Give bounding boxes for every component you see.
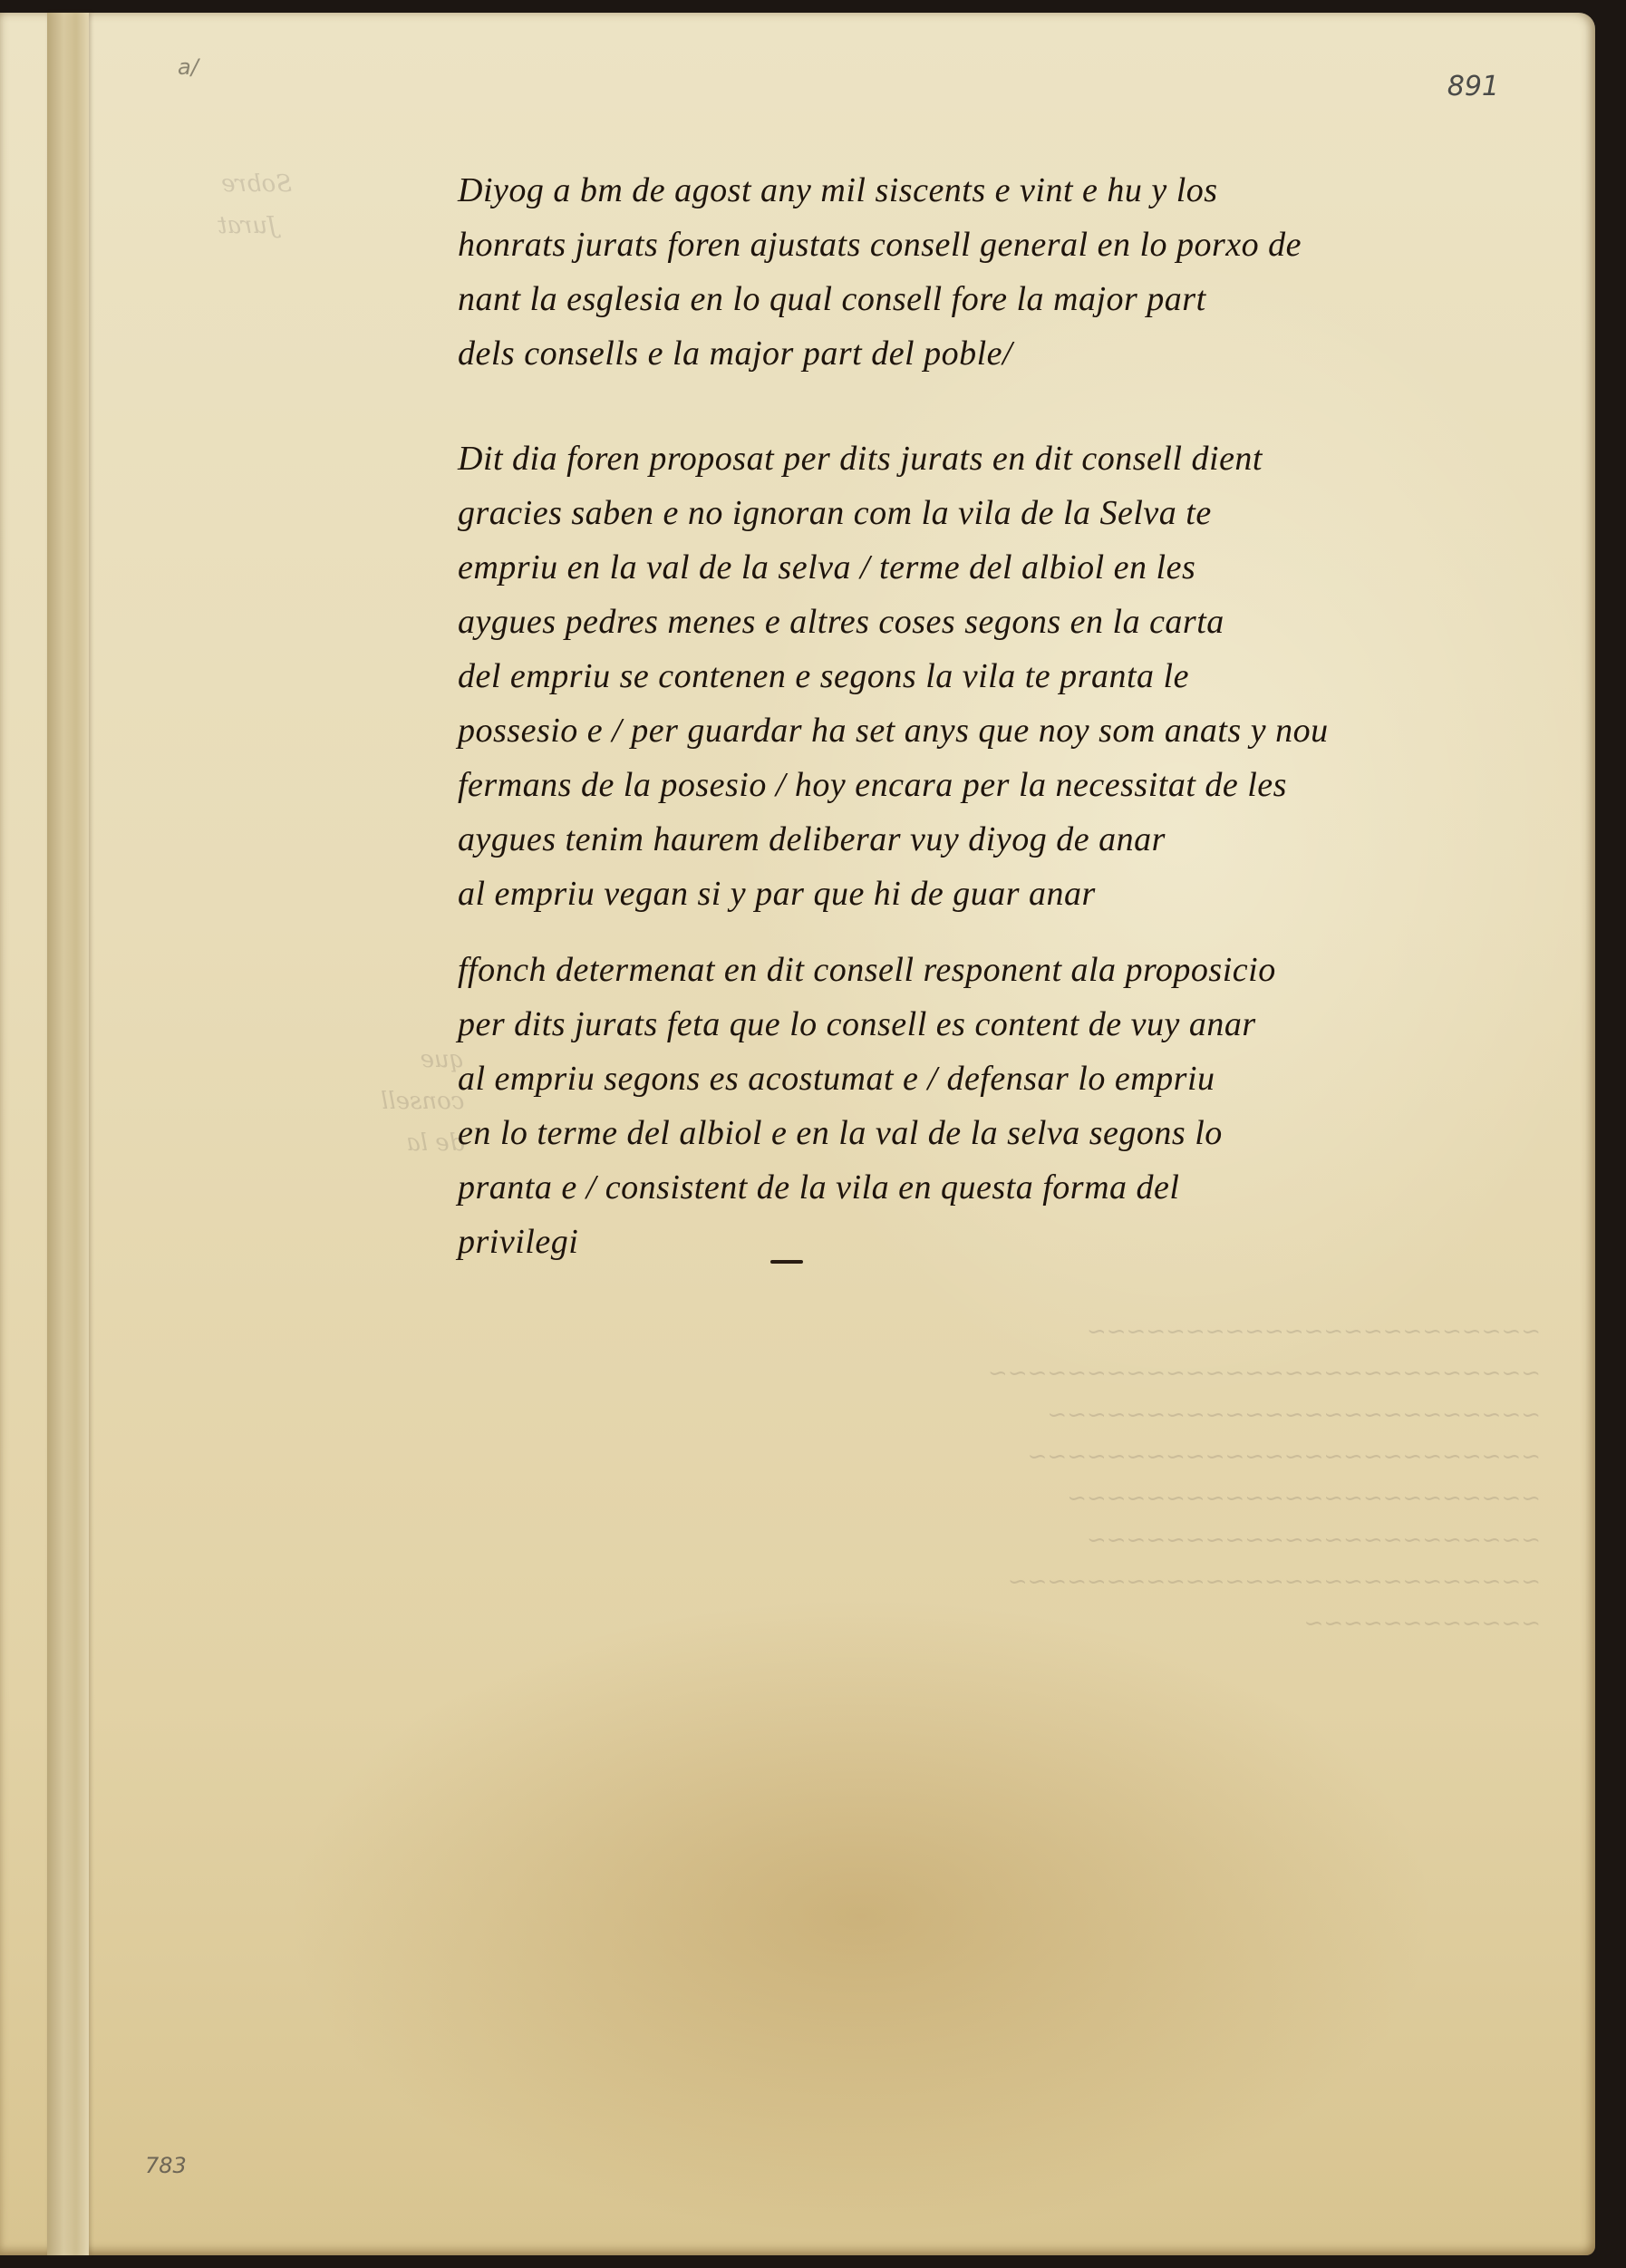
text-line: Diyog a bm de agost any mil siscents e v… <box>458 163 1473 218</box>
text-line: aygues pedres menes e altres coses segon… <box>458 595 1473 649</box>
text-line: al empriu segons es acostumat e / defens… <box>458 1052 1473 1106</box>
text-line: pranta e / consistent de la vila en ques… <box>458 1160 1473 1215</box>
text-line: en lo terme del albiol e en la val de la… <box>458 1106 1473 1160</box>
folio-mark-top-left: a/ <box>178 54 198 80</box>
paragraph-3: ffonch determenat en dit consell respone… <box>458 943 1473 1269</box>
text-line: gracies saben e no ignoran com la vila d… <box>458 486 1473 540</box>
closing-flourish <box>770 1260 803 1264</box>
text-line: dels consells e la major part del poble/ <box>458 326 1473 381</box>
folio-number-top: 891 <box>1447 71 1499 102</box>
paragraph-2: Dit dia foren proposat per dits jurats e… <box>458 431 1473 921</box>
text-line: privilegi <box>458 1215 1473 1269</box>
show-through-text: Sobre Jurat <box>218 163 292 247</box>
show-through-text: ~~~~~~~~~~~~~~~~~~~~~~~ ~~~~~~~~~~~~~~~~… <box>725 1269 1541 1644</box>
text-line: nant la esglesia en lo qual consell fore… <box>458 272 1473 326</box>
text-line: ffonch determenat en dit consell respone… <box>458 943 1473 997</box>
text-line: possesio e / per guardar ha set anys que… <box>458 703 1473 758</box>
text-line: honrats jurats foren ajustats consell ge… <box>458 218 1473 272</box>
text-line: fermans de la posesio / hoy encara per l… <box>458 758 1473 812</box>
text-line: del empriu se contenen e segons la vila … <box>458 649 1473 703</box>
text-line: aygues tenim haurem deliberar vuy diyog … <box>458 812 1473 867</box>
folio-number-bottom: 783 <box>145 2153 187 2178</box>
paragraph-1: Diyog a bm de agost any mil siscents e v… <box>458 163 1473 381</box>
binding-gutter <box>47 13 89 2255</box>
text-line: per dits jurats feta que lo consell es c… <box>458 997 1473 1052</box>
text-line: al empriu vegan si y par que hi de guar … <box>458 867 1473 921</box>
text-line: empriu en la val de la selva / terme del… <box>458 540 1473 595</box>
text-line: Dit dia foren proposat per dits jurats e… <box>458 431 1473 486</box>
